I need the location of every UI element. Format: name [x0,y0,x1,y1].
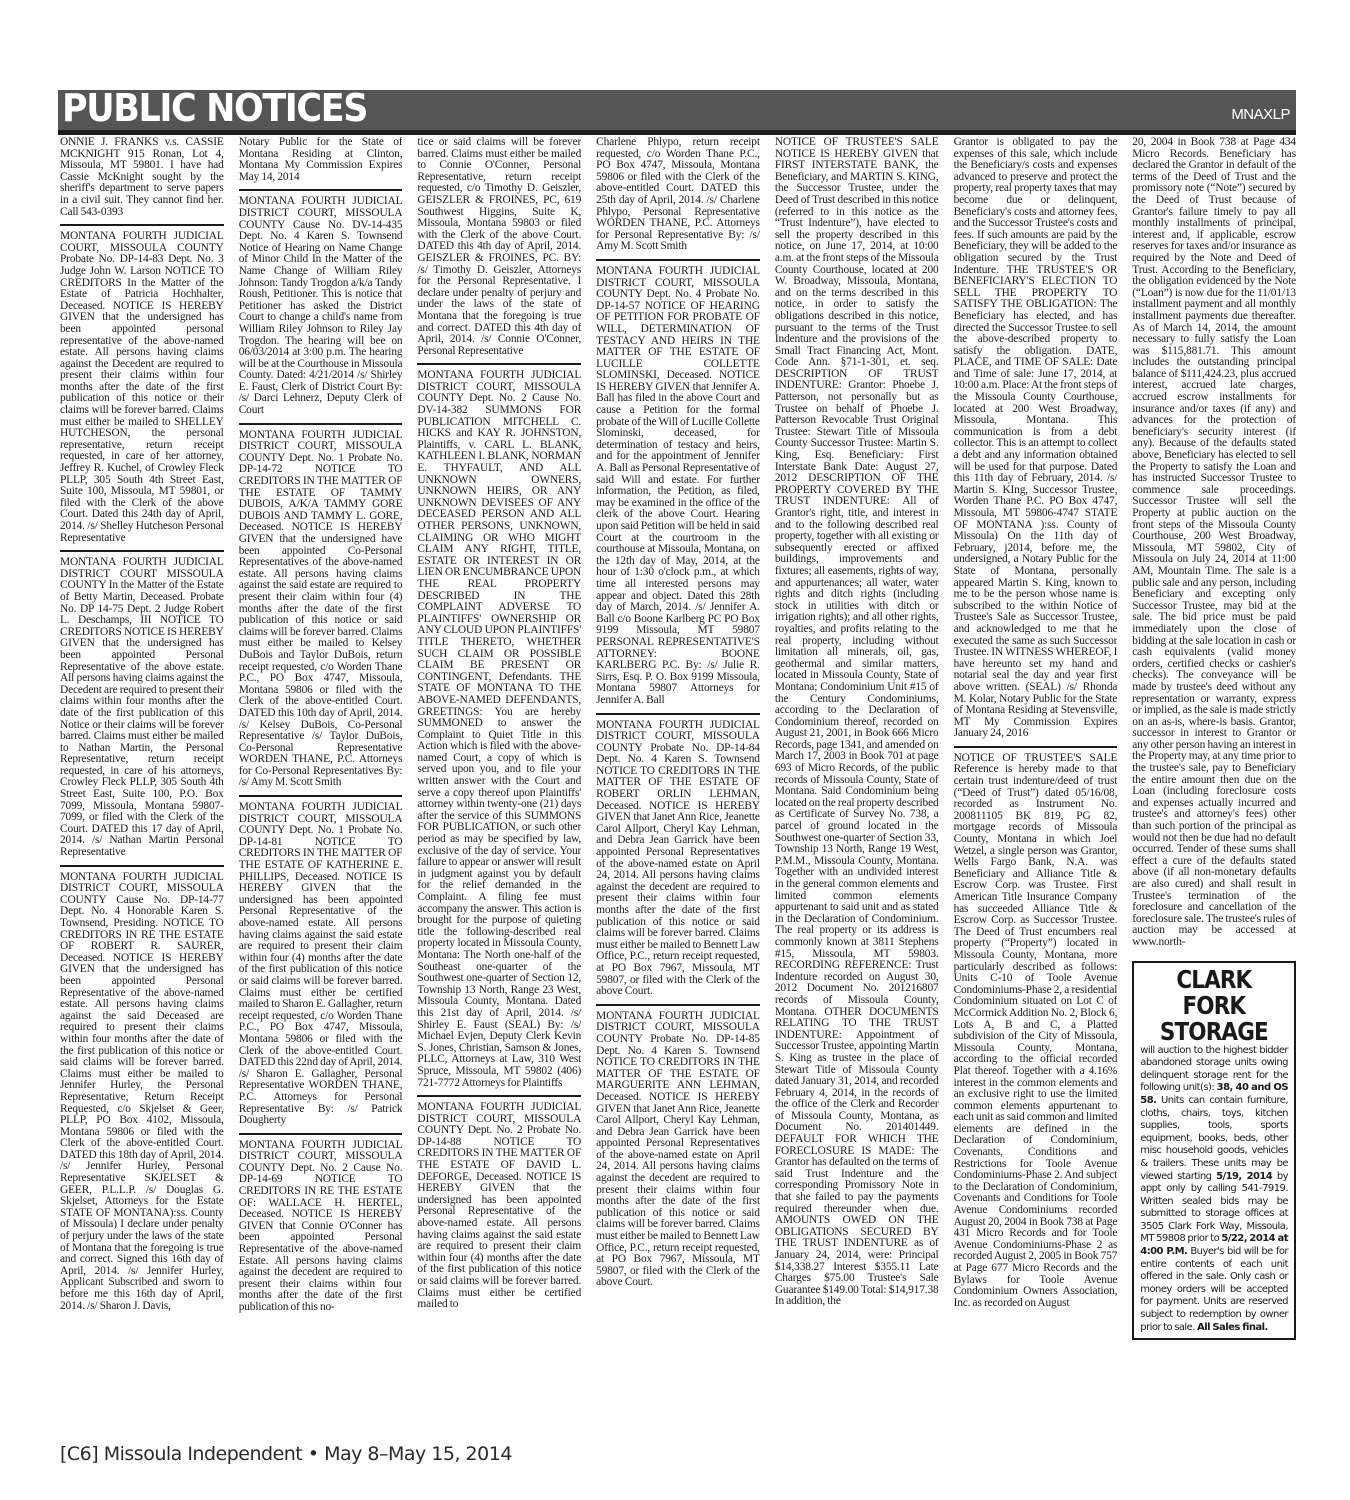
notice-text: NOTICE OF TRUSTEE'S SALE Reference is he… [954,753,1118,1310]
notice-text: MONTANA FOURTH JUDICIAL DISTRICT COURT, … [239,802,403,1127]
clark-fork-storage-ad: CLARK FORK STORAGE will auction to the h… [1132,961,1296,1341]
section-title: PUBLIC NOTICES [62,86,367,130]
column-2: Notary Public for the State of Montana R… [239,137,403,1437]
notice: tice or said claims will be forever barr… [417,137,581,357]
divider [596,259,760,261]
divider [60,224,224,226]
notice: MONTANA FOURTH JUDICIAL COURT, MISSOULA … [60,231,224,544]
ad-body: will auction to the highest bidder aband… [1140,1045,1288,1335]
ad-title: CLARK FORK STORAGE [1151,967,1278,1045]
issue-dates: May 8–May 15, 2014 [324,1443,512,1465]
divider [60,550,224,552]
notice-text: MONTANA FOURTH JUDICIAL DISTRICT COURT, … [239,1140,403,1314]
notice-text: Notary Public for the State of Montana R… [239,137,403,183]
column-5: NOTICE OF TRUSTEE'S SALE NOTICE IS HEREB… [775,137,939,1437]
column-7: 20, 2004 in Book 738 at Page 434 Micro R… [1132,137,1296,1437]
section-header: PUBLIC NOTICES MNAXLP [58,90,1296,135]
divider [417,1095,581,1097]
notice-text: tice or said claims will be forever barr… [417,137,581,357]
notice: NOTICE OF TRUSTEE'S SALE Reference is he… [954,753,1118,1310]
notice-text: MONTANA FOURTH JUDICIAL DISTRICT COURT, … [239,196,403,416]
notice-text: NOTICE OF TRUSTEE'S SALE NOTICE IS HEREB… [775,137,939,1308]
notice: MONTANA FOURTH JUDICIAL DISTRICT COURT, … [596,266,760,707]
ad-view-date: 5/19, 2014 [1216,1171,1272,1182]
ad-title-line-1: CLARK FORK [1151,967,1278,1019]
notice: MONTANA FOURTH JUDICIAL DISTRICT COURT, … [596,1011,760,1289]
column-1: ONNIE J. FRANKS v.s. CASSIE MCKNIGHT 915… [60,137,224,1437]
notice-text: Charlene Phlypo, return receipt requeste… [596,137,760,253]
notice: MONTANA FOURTH JUDICIAL DISTRICT COURT, … [596,720,760,998]
publication-name: Missoula Independent [104,1443,303,1465]
notice: MONTANA FOURTH JUDICIAL DISTRICT COURT, … [60,872,224,1313]
notice: MONTANA FOURTH JUDICIAL DISTRICT COURT, … [417,1102,581,1311]
ad-text: Units can contain furniture, cloths, cha… [1140,1095,1288,1182]
notice: MONTANA FOURTH JUDICIAL DISTRICT COURT, … [239,1140,403,1314]
notice-text: MONTANA FOURTH JUDICIAL DISTRICT COURT, … [596,1011,760,1289]
ad-text: Buyer's bid will be for entire contents … [1140,1246,1288,1333]
notice-text: ONNIE J. FRANKS v.s. CASSIE MCKNIGHT 915… [60,137,224,218]
notice-text: MONTANA FOURTH JUDICIAL DISTRICT COURT, … [417,370,581,1089]
divider [239,795,403,797]
notices-columns: ONNIE J. FRANKS v.s. CASSIE MCKNIGHT 915… [60,137,1296,1437]
notice-text: Grantor is obligated to pay the expenses… [954,137,1118,740]
divider [239,189,403,191]
footer-separator: • [308,1443,319,1465]
notice: MONTANA FOURTH JUDICIAL DISTRICT COURT, … [417,370,581,1089]
divider [596,1004,760,1006]
notice-text: MONTANA FOURTH JUDICIAL DISTRICT COURT, … [417,1102,581,1311]
divider [239,1133,403,1135]
notice: Charlene Phlypo, return receipt requeste… [596,137,760,253]
divider [60,865,224,867]
column-3: tice or said claims will be forever barr… [417,137,581,1437]
notice: MONTANA FOURTH JUDICIAL DISTRICT COURT, … [239,196,403,416]
notice-text: MONTANA FOURTH JUDICIAL COURT, MISSOULA … [60,231,224,544]
notice-text: MONTANA FOURTH JUDICIAL DISTRICT COURT, … [60,872,224,1313]
ad-title-line-2: STORAGE [1151,1019,1278,1045]
section-code: MNAXLP [1231,106,1290,123]
page-number: [C6] [60,1443,98,1465]
notice-text: MONTANA FOURTH JUDICIAL DISTRICT COURT, … [596,720,760,998]
notice: ONNIE J. FRANKS v.s. CASSIE MCKNIGHT 915… [60,137,224,218]
notice-text: 20, 2004 in Book 738 at Page 434 Micro R… [1132,137,1296,949]
notice: Grantor is obligated to pay the expenses… [954,137,1118,740]
divider [596,713,760,715]
divider [954,746,1118,748]
notice: NOTICE OF TRUSTEE'S SALE NOTICE IS HEREB… [775,137,939,1308]
ad-final: All Sales final. [1197,1322,1268,1333]
notice: MONTANA FOURTH JUDICIAL DISTRICT COURT, … [239,802,403,1127]
divider [417,363,581,365]
notice: 20, 2004 in Book 738 at Page 434 Micro R… [1132,137,1296,949]
column-4: Charlene Phlypo, return receipt requeste… [596,137,760,1437]
notice-text: MONTANA FOURTH JUDICIAL DISTRICT COURT, … [239,430,403,789]
notice-text: MONTANA FOURTH JUDICIAL DISTRICT COURT M… [60,557,224,858]
notice-text: MONTANA FOURTH JUDICIAL DISTRICT COURT, … [596,266,760,707]
notice: MONTANA FOURTH JUDICIAL DISTRICT COURT M… [60,557,224,858]
notice: MONTANA FOURTH JUDICIAL DISTRICT COURT, … [239,430,403,789]
column-6: Grantor is obligated to pay the expenses… [954,137,1118,1437]
notice: Notary Public for the State of Montana R… [239,137,403,183]
page-footer: [C6] Missoula Independent • May 8–May 15… [60,1443,512,1465]
divider [239,423,403,425]
